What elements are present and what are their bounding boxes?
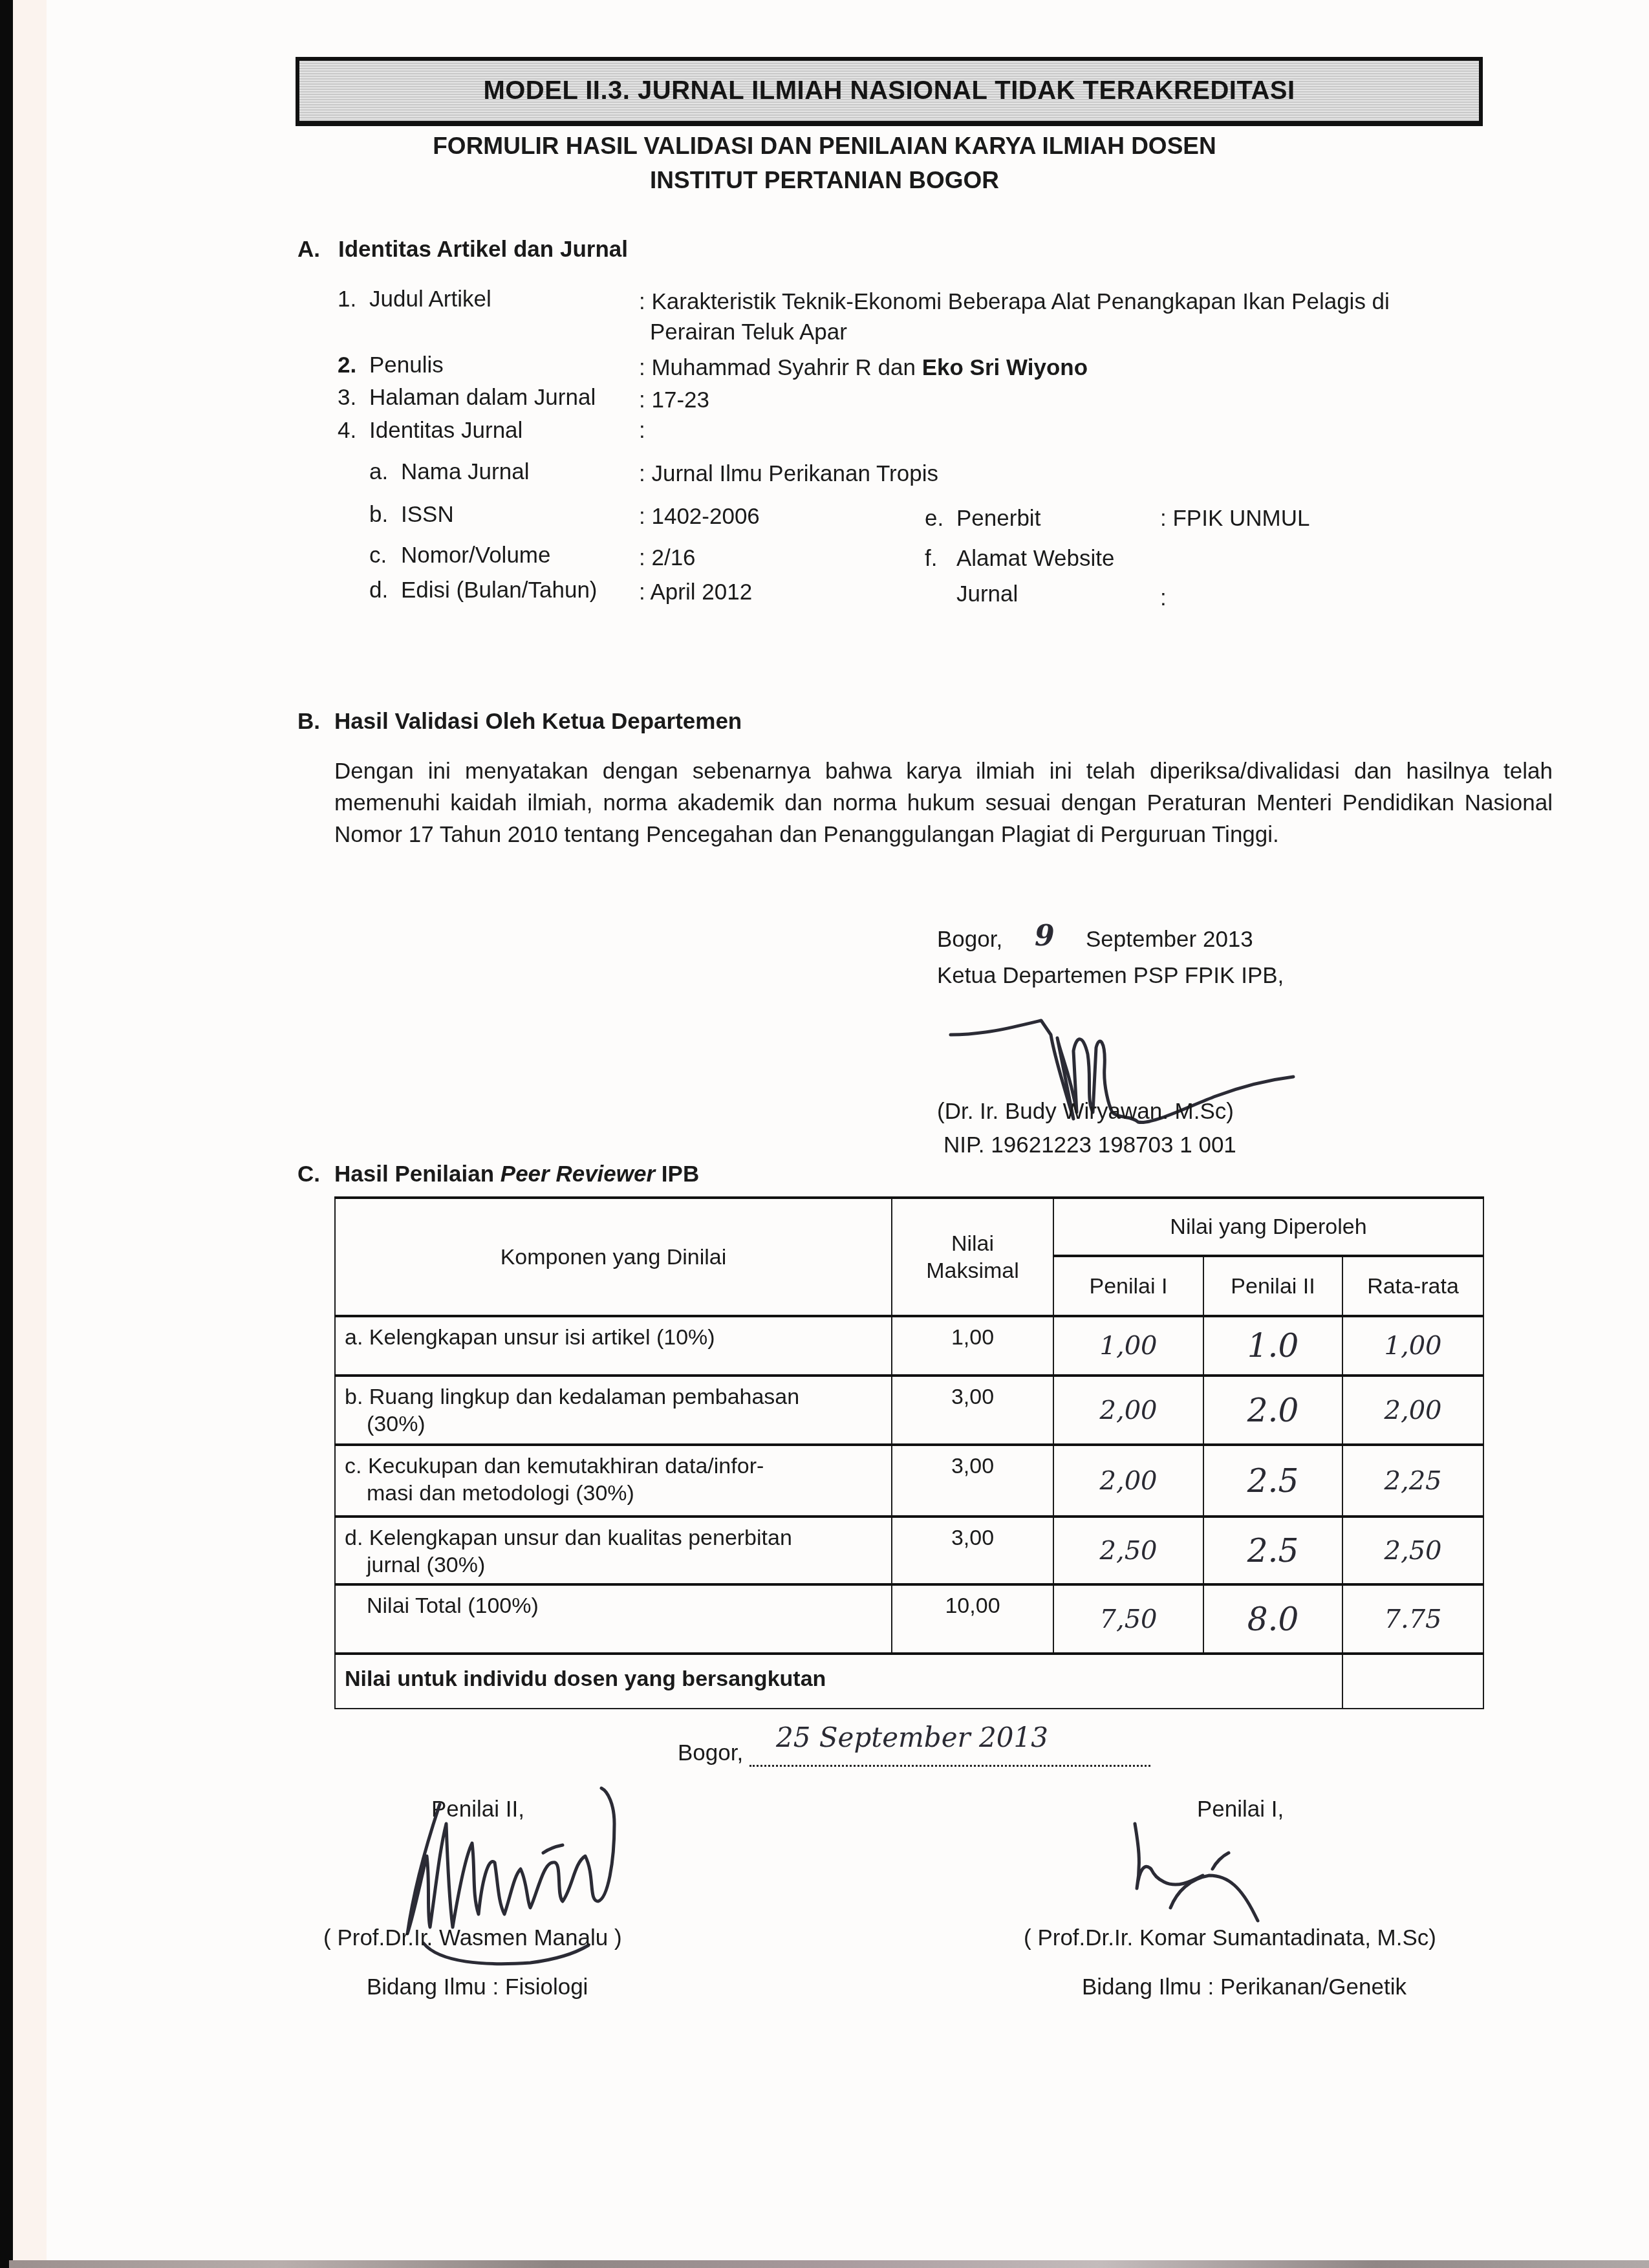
validation-place: Bogor, (937, 926, 1002, 953)
signature-place: Bogor, (678, 1740, 743, 1766)
validation-month-year: September 2013 (1086, 926, 1253, 953)
max-score: 3,00 (892, 1445, 1053, 1517)
validation-position: Ketua Departemen PSP FPIK IPB, (937, 962, 1284, 989)
reviewer2-score: 1.0 (1203, 1316, 1342, 1376)
section-c-heading-italic: Peer Reviewer (501, 1161, 655, 1187)
total-reviewer2: 8.0 (1203, 1584, 1342, 1654)
identitas-jurnal-label: Identitas Jurnal (369, 417, 523, 444)
average-score: 1,00 (1342, 1316, 1483, 1376)
header-max-line1: Nilai (892, 1230, 1053, 1257)
issn-label: ISSN (401, 501, 454, 528)
table-row: c. Kecukupan dan kemutakhiran data/infor… (335, 1445, 1483, 1517)
final-score-value (1342, 1654, 1483, 1709)
reviewer1-score: 1,00 (1053, 1316, 1203, 1376)
section-a-heading: Identitas Artikel dan Jurnal (338, 237, 628, 263)
table-header-row: Komponen yang Dinilai Nilai Maksimal Nil… (335, 1198, 1483, 1256)
nomor-volume-value: : 2/16 (639, 545, 696, 572)
max-score: 3,00 (892, 1517, 1053, 1584)
section-b-letter: B. (297, 709, 320, 735)
header-max: Nilai Maksimal (892, 1198, 1053, 1316)
journal-letter: f. (925, 545, 937, 572)
component-label-line2: (30%) (345, 1410, 882, 1438)
model-banner: MODEL II.3. JURNAL ILMIAH NASIONAL TIDAK… (296, 57, 1483, 126)
average-score: 2,50 (1342, 1517, 1483, 1584)
component-label-line2: jurnal (30%) (345, 1551, 882, 1579)
website-label-cont: Jurnal (956, 581, 1018, 608)
penulis-value-plain: : Muhammad Syahrir R dan (639, 355, 922, 380)
total-label: Nilai Total (100%) (335, 1584, 892, 1654)
reviewer2-field: Bidang Ilmu : Fisiologi (367, 1974, 588, 2001)
component-label-line1: c. Kecukupan dan kemutakhiran data/infor… (345, 1453, 882, 1480)
header-reviewer1: Penilai I (1053, 1256, 1203, 1316)
halaman-label: Halaman dalam Jurnal (369, 384, 596, 411)
form-title: FORMULIR HASIL VALIDASI DAN PENILAIAN KA… (0, 133, 1649, 160)
penerbit-label: Penerbit (956, 505, 1040, 532)
max-score: 3,00 (892, 1376, 1053, 1445)
judul-artikel-value-cont: Perairan Teluk Apar (650, 319, 847, 346)
scan-bottom-edge (9, 2260, 1649, 2268)
scan-border (0, 0, 13, 2268)
scan-margin (13, 0, 47, 2268)
validation-day-handwritten: 9 (1035, 920, 1055, 953)
average-score: 2,25 (1342, 1445, 1483, 1517)
department-head-signature (944, 1015, 1306, 1145)
header-component: Komponen yang Dinilai (335, 1198, 892, 1316)
item-num: 3. (338, 384, 356, 411)
average-score: 2,00 (1342, 1376, 1483, 1445)
document-page (47, 0, 1649, 2260)
header-obtained: Nilai yang Diperoleh (1053, 1198, 1483, 1256)
section-a-letter: A. (297, 237, 320, 263)
journal-letter: b. (369, 501, 388, 528)
component-label-line2: masi dan metodologi (30%) (345, 1480, 882, 1507)
item-num: 2. (338, 352, 356, 379)
section-b-heading: Hasil Validasi Oleh Ketua Departemen (334, 709, 742, 735)
model-banner-text: MODEL II.3. JURNAL ILMIAH NASIONAL TIDAK… (483, 76, 1295, 105)
department-head-nip: NIP. 19621223 198703 1 001 (943, 1132, 1236, 1159)
reviewer2-score: 2.0 (1203, 1376, 1342, 1445)
component-label: c. Kecukupan dan kemutakhiran data/infor… (335, 1445, 892, 1517)
edisi-label: Edisi (Bulan/Tahun) (401, 577, 598, 604)
identitas-jurnal-value: : (639, 417, 645, 444)
penulis-label: Penulis (369, 352, 444, 379)
penulis-value-bold: Eko Sri Wiyono (922, 355, 1088, 380)
reviewer1-field: Bidang Ilmu : Perikanan/Genetik (1082, 1974, 1406, 2001)
edisi-value: : April 2012 (639, 579, 752, 606)
final-score-label: Nilai untuk individu dosen yang bersangk… (335, 1654, 1342, 1709)
judul-artikel-label: Judul Artikel (369, 286, 491, 313)
reviewer1-signature (1125, 1817, 1319, 1927)
header-max-line2: Maksimal (892, 1257, 1053, 1284)
department-head-name: (Dr. Ir. Budy Wiryawan. M.Sc) (937, 1098, 1234, 1125)
section-c-heading: Hasil Penilaian Peer Reviewer IPB (334, 1161, 699, 1187)
issn-value: : 1402-2006 (639, 503, 760, 530)
table-total-row: Nilai Total (100%) 10,00 7,50 8.0 7.75 (335, 1584, 1483, 1654)
table-final-row: Nilai untuk individu dosen yang bersangk… (335, 1654, 1483, 1709)
reviewer2-name: ( Prof.Dr.Ir. Wasmen Manalu ) (323, 1925, 622, 1952)
nama-jurnal-value: : Jurnal Ilmu Perikanan Tropis (639, 460, 938, 488)
total-reviewer1: 7,50 (1053, 1584, 1203, 1654)
max-score: 1,00 (892, 1316, 1053, 1376)
halaman-value: : 17-23 (639, 387, 709, 414)
section-c-heading-post: IPB (655, 1161, 699, 1187)
reviewer1-score: 2,00 (1053, 1445, 1203, 1517)
penulis-value: : Muhammad Syahrir R dan Eko Sri Wiyono (639, 354, 1088, 382)
nama-jurnal-label: Nama Jurnal (401, 459, 529, 486)
reviewer2-score: 2.5 (1203, 1445, 1342, 1517)
total-max: 10,00 (892, 1584, 1053, 1654)
journal-letter: a. (369, 459, 388, 486)
journal-letter: e. (925, 505, 943, 532)
peer-review-score-table: Komponen yang Dinilai Nilai Maksimal Nil… (334, 1196, 1484, 1709)
section-c-heading-pre: Hasil Penilaian (334, 1161, 501, 1187)
table-row: a. Kelengkapan unsur isi artikel (10%) 1… (335, 1316, 1483, 1376)
judul-artikel-value: : Karakteristik Teknik-Ekonomi Beberapa … (639, 288, 1390, 316)
component-label: b. Ruang lingkup dan kedalaman pembahasa… (335, 1376, 892, 1445)
header-average: Rata-rata (1342, 1256, 1483, 1316)
component-label-line1: b. Ruang lingkup dan kedalaman pembahasa… (345, 1383, 882, 1410)
penerbit-value: : FPIK UNMUL (1160, 505, 1309, 532)
table-row: b. Ruang lingkup dan kedalaman pembahasa… (335, 1376, 1483, 1445)
header-reviewer2: Penilai II (1203, 1256, 1342, 1316)
institution-title: INSTITUT PERTANIAN BOGOR (0, 167, 1649, 194)
component-label: a. Kelengkapan unsur isi artikel (10%) (335, 1316, 892, 1376)
reviewer1-score: 2,50 (1053, 1517, 1203, 1584)
section-c-letter: C. (297, 1161, 320, 1187)
nomor-volume-label: Nomor/Volume (401, 542, 550, 569)
item-num: 4. (338, 417, 356, 444)
reviewer1-score: 2,00 (1053, 1376, 1203, 1445)
journal-letter: d. (369, 577, 388, 604)
component-label-line1: d. Kelengkapan unsur dan kualitas penerb… (345, 1524, 882, 1551)
reviewer1-name: ( Prof.Dr.Ir. Komar Sumantadinata, M.Sc) (1024, 1925, 1436, 1952)
validation-statement: Dengan ini menyatakan dengan sebenarnya … (334, 755, 1553, 850)
item-num: 1. (338, 286, 356, 313)
signature-date-handwritten: 25 September 2013 (776, 1722, 1048, 1753)
reviewer2-signature (401, 1785, 698, 1947)
website-value: : (1160, 585, 1167, 612)
website-label: Alamat Website (956, 545, 1114, 572)
total-average: 7.75 (1342, 1584, 1483, 1654)
table-row: d. Kelengkapan unsur dan kualitas penerb… (335, 1517, 1483, 1584)
journal-letter: c. (369, 542, 387, 569)
component-label: d. Kelengkapan unsur dan kualitas penerb… (335, 1517, 892, 1584)
reviewer2-score: 2.5 (1203, 1517, 1342, 1584)
